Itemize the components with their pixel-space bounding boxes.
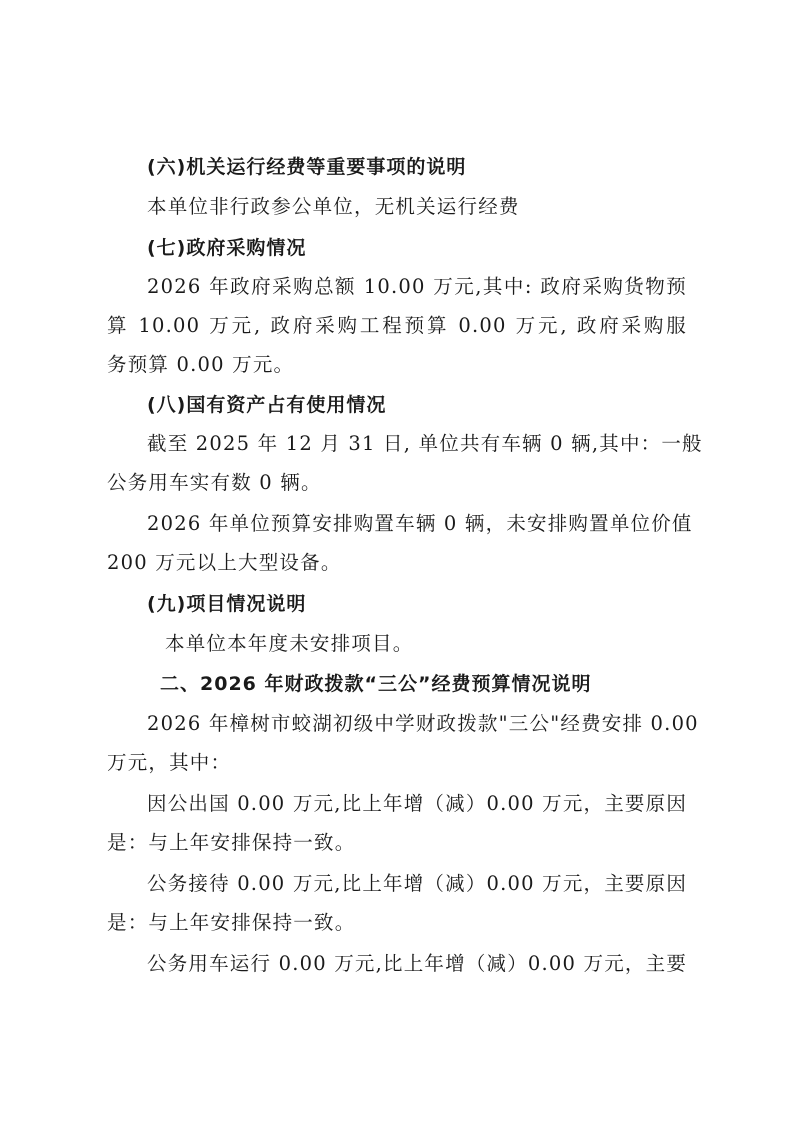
paragraph-text: 因公出国 0.00 万元,比上年增（减）0.00 万元，主要原因	[147, 792, 687, 816]
paragraph-text: 万元，其中：	[107, 751, 687, 775]
paragraph-text: 200 万元以上大型设备。	[107, 551, 687, 575]
paragraph-text: 公务接待 0.00 万元,比上年增（减）0.00 万元，主要原因	[147, 872, 687, 896]
paragraph-text: 2026 年政府采购总额 10.00 万元,其中: 政府采购货物预	[147, 275, 687, 299]
paragraph-text: 2026 年樟树市蛟湖初级中学财政拨款"三公"经费安排 0.00	[147, 712, 687, 736]
paragraph-text: 截至 2025 年 12 月 31 日, 单位共有车辆 0 辆,其中：一般	[147, 432, 687, 456]
section-heading-7: (七)政府采购情况	[147, 236, 727, 260]
paragraph-text: 务预算 0.00 万元。	[107, 353, 687, 377]
section-heading-8: (八)国有资产占有使用情况	[147, 393, 727, 417]
paragraph-text: 算 10.00 万元, 政府采购工程预算 0.00 万元, 政府采购服	[107, 314, 687, 338]
paragraph-text: 是：与上年安排保持一致。	[107, 911, 687, 935]
paragraph-text: 是：与上年安排保持一致。	[107, 831, 687, 855]
paragraph-text: 本单位本年度未安排项目。	[165, 632, 745, 656]
paragraph-text: 2026 年单位预算安排购置车辆 0 辆，未安排购置单位价值	[147, 512, 687, 536]
part-heading-2: 二、2026 年财政拨款“三公”经费预算情况说明	[160, 672, 740, 696]
section-heading-6: (六)机关运行经费等重要事项的说明	[147, 155, 727, 179]
document-page: (六)机关运行经费等重要事项的说明 本单位非行政参公单位，无机关运行经费 (七)…	[0, 0, 793, 1122]
paragraph-text: 本单位非行政参公单位，无机关运行经费	[147, 195, 687, 219]
paragraph-text: 公务用车实有数 0 辆。	[107, 471, 687, 495]
paragraph-text: 公务用车运行 0.00 万元,比上年增（减）0.00 万元，主要	[147, 952, 687, 976]
section-heading-9: (九)项目情况说明	[147, 592, 727, 616]
